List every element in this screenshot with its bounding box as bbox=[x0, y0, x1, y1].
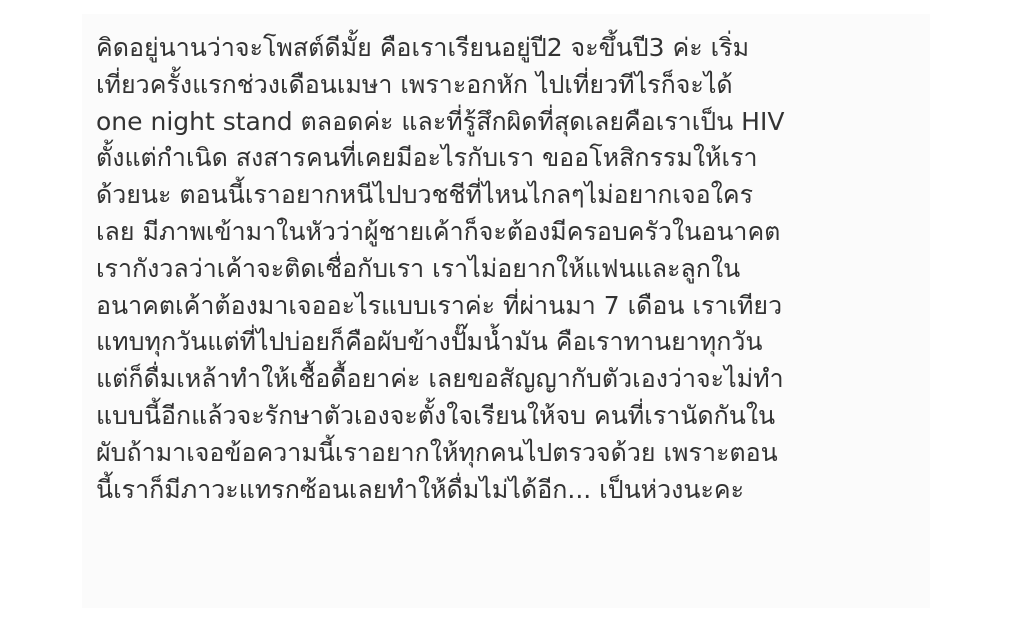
post-text-line: คิดอยู่นานว่าจะโพสต์ดีมั้ย คือเราเรียนอย… bbox=[96, 30, 926, 67]
post-text-line: นี้เราก็มีภาวะแทรกซ้อนเลยทำให้ดื่มไม่ได้… bbox=[96, 472, 926, 509]
post-text-line: แต่ก็ดื่มเหล้าทำให้เชื้อดื้อยาค่ะ เลยขอส… bbox=[96, 361, 926, 398]
post-text-line: ด้วยนะ ตอนนี้เราอยากหนีไปบวชชีที่ไหนไกลๆ… bbox=[96, 177, 926, 214]
post-text-line: ผับถ้ามาเจอข้อความนี้เราอยากให้ทุกคนไปตร… bbox=[96, 435, 926, 472]
post-text-block: คิดอยู่นานว่าจะโพสต์ดีมั้ย คือเราเรียนอย… bbox=[96, 30, 926, 508]
screenshot-page: คิดอยู่นานว่าจะโพสต์ดีมั้ย คือเราเรียนอย… bbox=[0, 0, 1010, 620]
post-text-line: แทบทุกวันแต่ที่ไปบ่อยก็คือผับข้างปั๊มน้ำ… bbox=[96, 324, 926, 361]
post-text-line: เรากังวลว่าเค้าจะติดเชื่อกับเรา เราไม่อย… bbox=[96, 251, 926, 288]
post-text-line: อนาคตเค้าต้องมาเจออะไรแบบเราค่ะ ที่ผ่านม… bbox=[96, 288, 926, 325]
post-text-line: เที่ยวครั้งแรกช่วงเดือนเมษา เพราะอกหัก ไ… bbox=[96, 67, 926, 104]
post-text-line: แบบนี้อีกแล้วจะรักษาตัวเองจะตั้งใจเรียนใ… bbox=[96, 398, 926, 435]
post-text-line: one night stand ตลอดค่ะ และที่รู้สึกผิดท… bbox=[96, 104, 926, 141]
post-text-line: ตั้งแต่กำเนิด สงสารคนที่เคยมีอะไรกับเรา … bbox=[96, 140, 926, 177]
post-text-line: เลย มีภาพเข้ามาในหัวว่าผู้ชายเค้าก็จะต้อ… bbox=[96, 214, 926, 251]
